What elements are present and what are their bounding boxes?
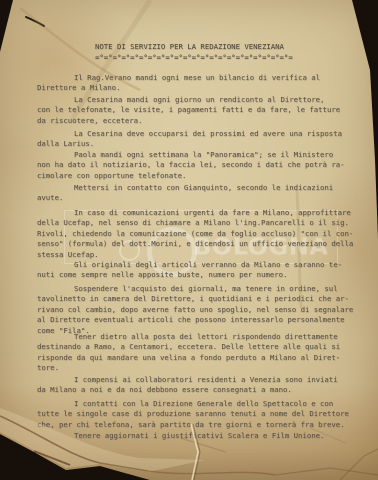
paragraph-12: Tenere aggiornati i giustificativi Scale… — [37, 431, 355, 441]
paragraph-7: Gli originali degli articoli verranno da… — [37, 260, 355, 281]
paragraph-3: La Cesarina deve occuparsi dei prossimi … — [37, 129, 355, 150]
paragraph-2: La Cesarina mandi ogni giorno un rendico… — [37, 95, 355, 126]
paragraph-6: In caso di comunicazioni urgenti da fare… — [37, 208, 355, 260]
paragraph-4: Paola mandi ogni settimana la "Panoramic… — [37, 150, 355, 181]
title-line: NOTE DI SERVIZIO PER LA REDAZIONE VENEZI… — [95, 42, 284, 51]
paper-sheet: BOLOGNA NOTE DI SERVIZIO PER LA REDAZION… — [0, 0, 378, 480]
paragraph-10: I compensi ai collaboratori residenti a … — [37, 375, 355, 396]
paragraph-5: Mettersi in contatto con Gianquinto, sec… — [37, 183, 355, 204]
paragraph-8: Sospendere l'acquisto dei giornali, ma t… — [37, 284, 355, 336]
paragraph-1: Il Rag.Verano mandi ogni mese un bilanci… — [37, 73, 355, 94]
scanned-document-page: BOLOGNA NOTE DI SERVIZIO PER LA REDAZION… — [0, 0, 378, 480]
document-title: NOTE DI SERVIZIO PER LA REDAZIONE VENEZI… — [95, 42, 293, 63]
title-underline: =°=°=°=°=°=°=°=°=°=°=°=°=°=°=°=°=°=°=°=°… — [95, 53, 293, 62]
typewritten-text-layer: NOTE DI SERVIZIO PER LA REDAZIONE VENEZI… — [0, 0, 378, 480]
paragraph-11: I contatti con la Direzione Generale del… — [37, 399, 355, 430]
paragraph-9: Tener dietro alla posta dei lettori risp… — [37, 332, 355, 374]
